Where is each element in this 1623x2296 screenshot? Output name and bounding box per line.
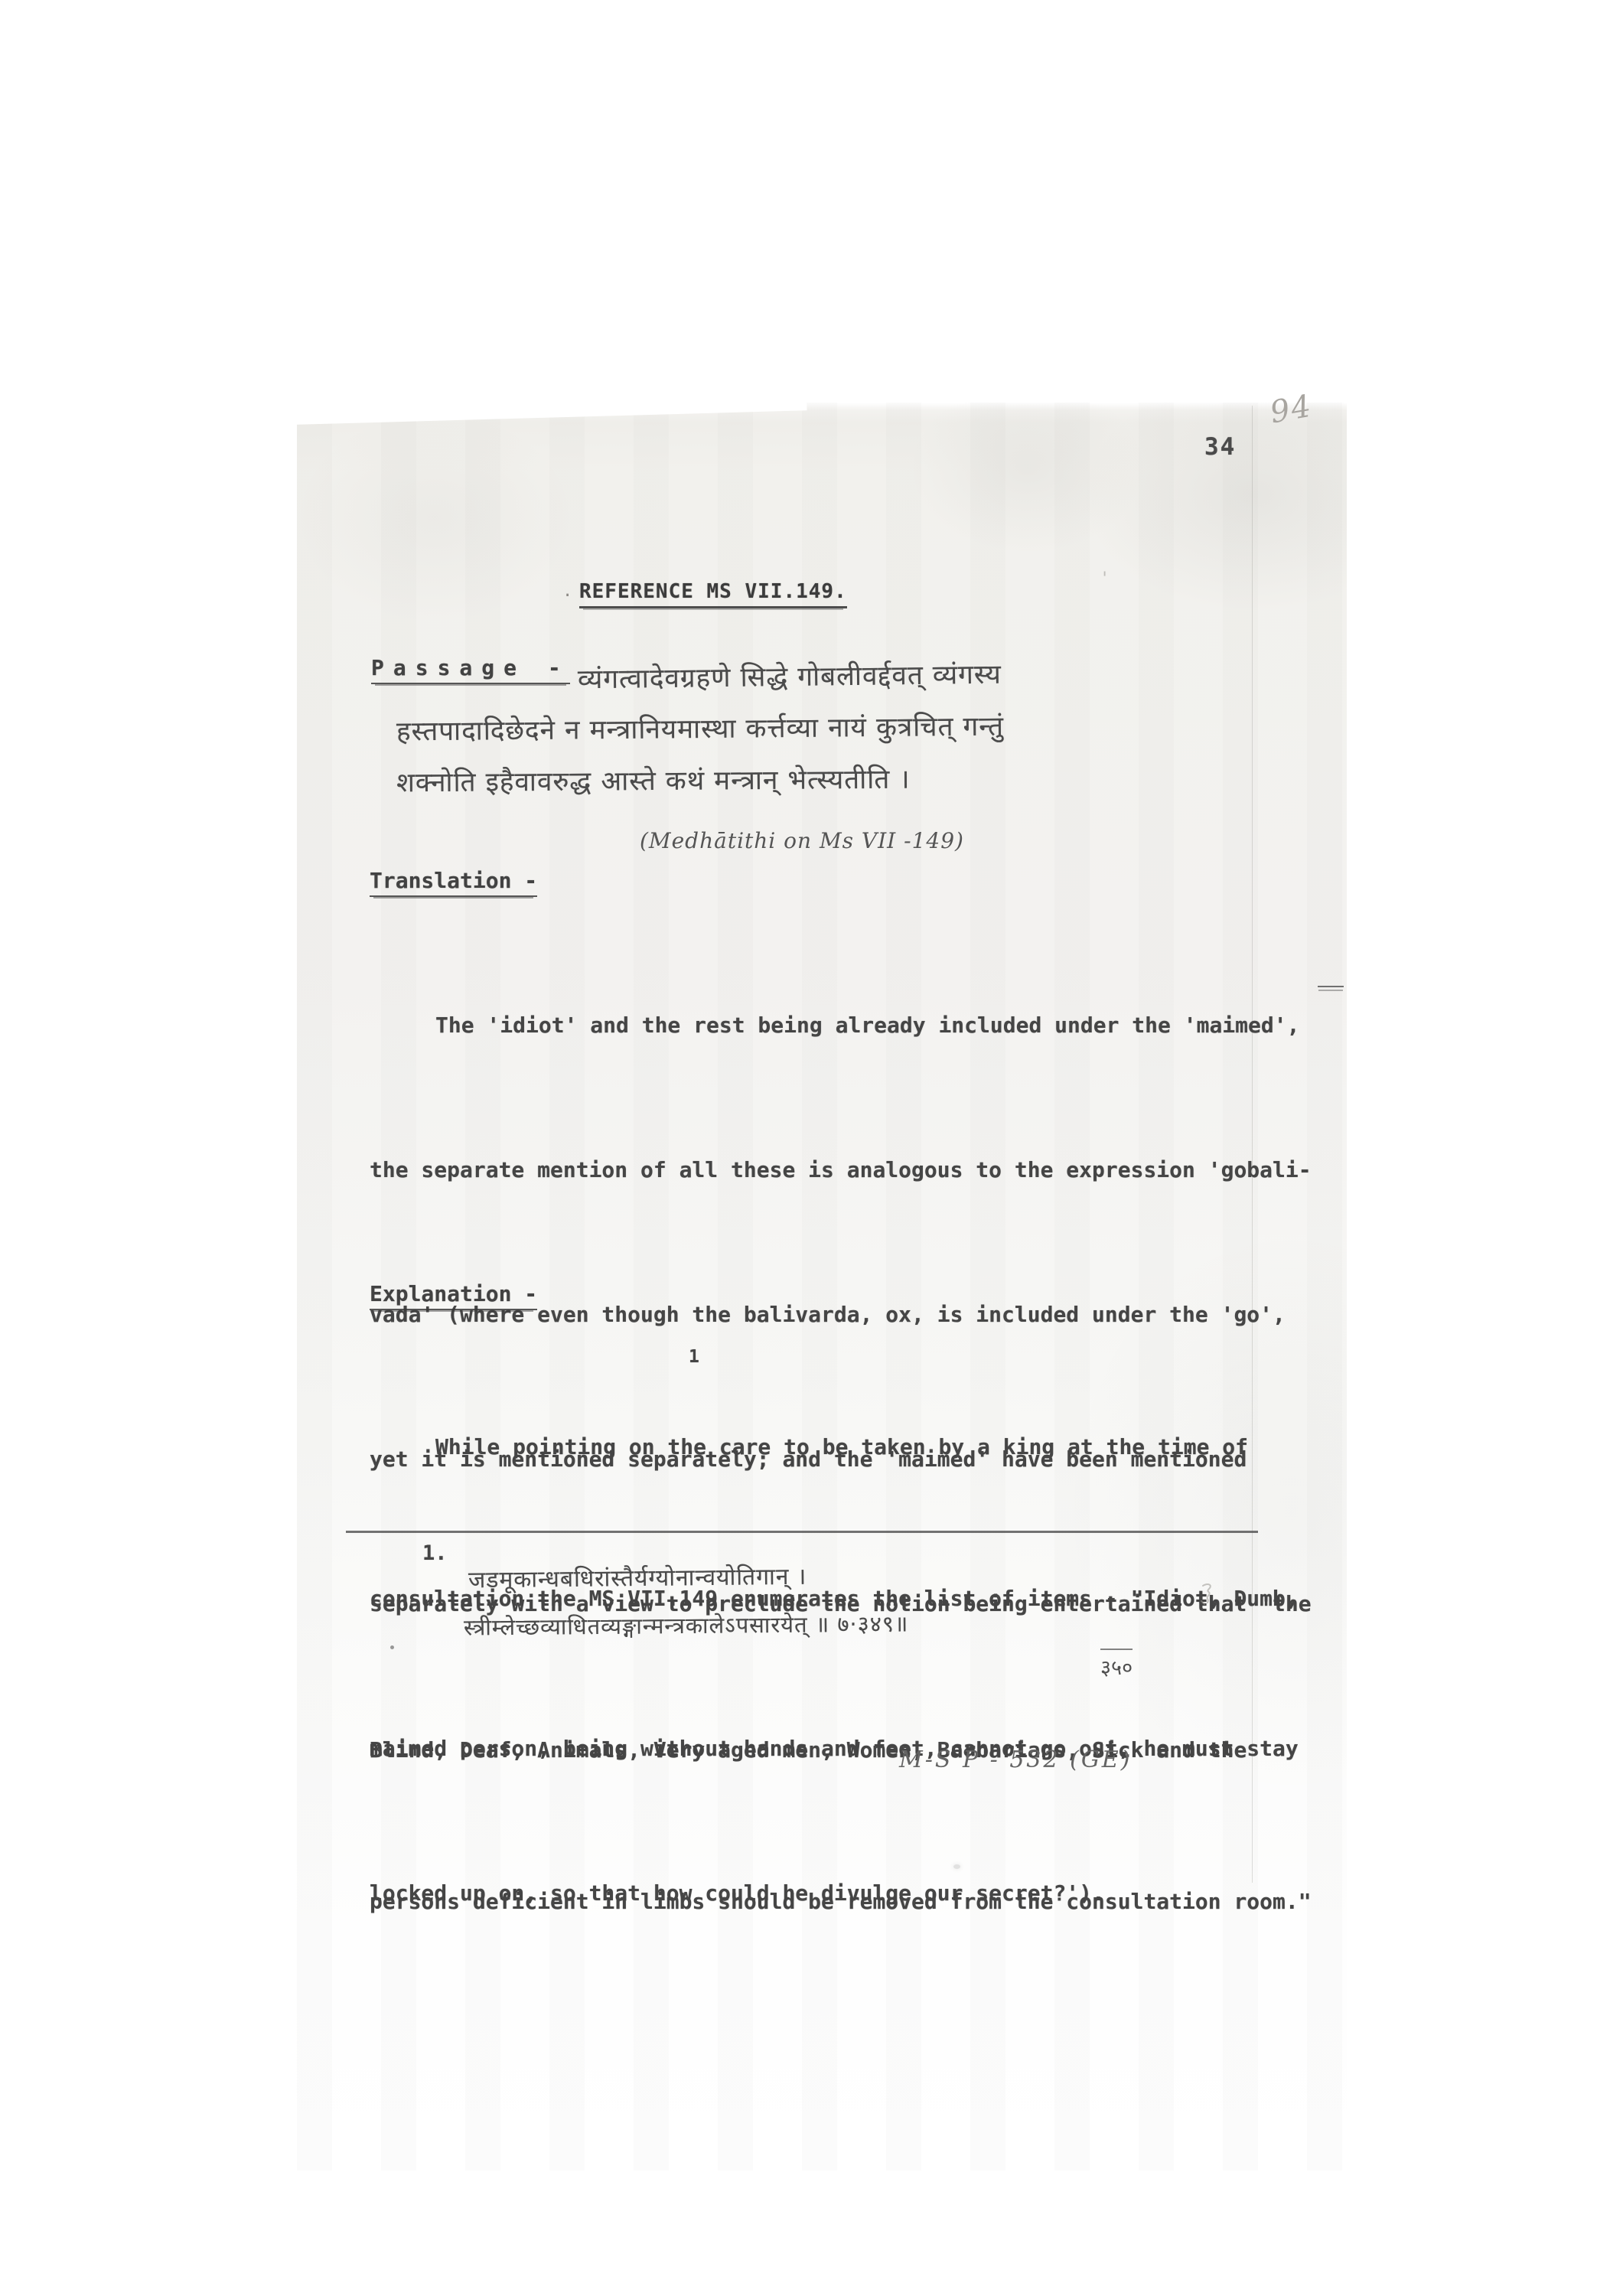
smudge-mark <box>953 1864 960 1869</box>
document-page: 94 34 · REFERENCE MS VII.149. ' Passage … <box>297 403 1347 2170</box>
pencil-page-number: 94 <box>1267 389 1315 431</box>
printed-page-number: 34 <box>1204 433 1236 461</box>
pencil-squiggle-mark <box>1198 1581 1218 1610</box>
passage-source-caption: (Medhātithi on Ms VII -149) <box>640 828 964 853</box>
passage-devanagari-line: शक्नोति इहैवावरुद्ध आस्ते कथं मन्त्रान् … <box>396 761 911 801</box>
overline-correction-mark <box>1318 986 1344 990</box>
page-title: REFERENCE MS VII.149. <box>579 580 847 608</box>
scan-edge-wedge <box>270 375 807 426</box>
explanation-line: Blind, Deaf, Animals, Very aged men, Wom… <box>370 1725 1380 1776</box>
footnote-number: 1. <box>422 1541 448 1565</box>
translation-line: the separate mention of all these is ana… <box>370 1146 1380 1194</box>
passage-devanagari-line: हस्तपादादिछेदने न मन्त्रानियमास्था कर्त्… <box>396 708 1004 749</box>
title-stray-tick-mark: ' <box>1100 569 1110 589</box>
footnote-divider <box>346 1531 1258 1533</box>
title-lead-mark: · <box>562 586 572 605</box>
explanation-line: persons deficient in limbs should be rem… <box>370 1877 1380 1927</box>
passage-devanagari-line: व्यंगत्वादेवग्रहणे सिद्धे गोबलीवर्द्दवत्… <box>578 656 1002 697</box>
source-reference: M-S P - 532 (GE) <box>899 1746 1132 1773</box>
scanned-document: 94 34 · REFERENCE MS VII.149. ' Passage … <box>0 0 1623 2296</box>
translation-label: Translation - <box>370 868 537 897</box>
translation-line: The 'idiot' and the rest being already i… <box>370 1001 1380 1049</box>
explanation-paragraph: While pointing on the care to be taken b… <box>370 1321 1380 2028</box>
passage-label: Passage - <box>371 655 570 684</box>
footnote-devanagari-line: जडमूकान्धबधिरांस्तैर्यग्योनान्वयोतिगान् … <box>468 1560 807 1595</box>
stray-dot-mark <box>390 1645 394 1649</box>
explanation-label: Explanation - <box>370 1281 537 1310</box>
footnote-devanagari-line: स्त्रीम्लेच्छव्याधितव्यङ्गान्मन्त्रकालेऽ… <box>464 1608 909 1642</box>
verse-alt-number: ३५० <box>1100 1649 1133 1681</box>
explanation-line: While pointing on the care to be taken b… <box>370 1422 1380 1473</box>
